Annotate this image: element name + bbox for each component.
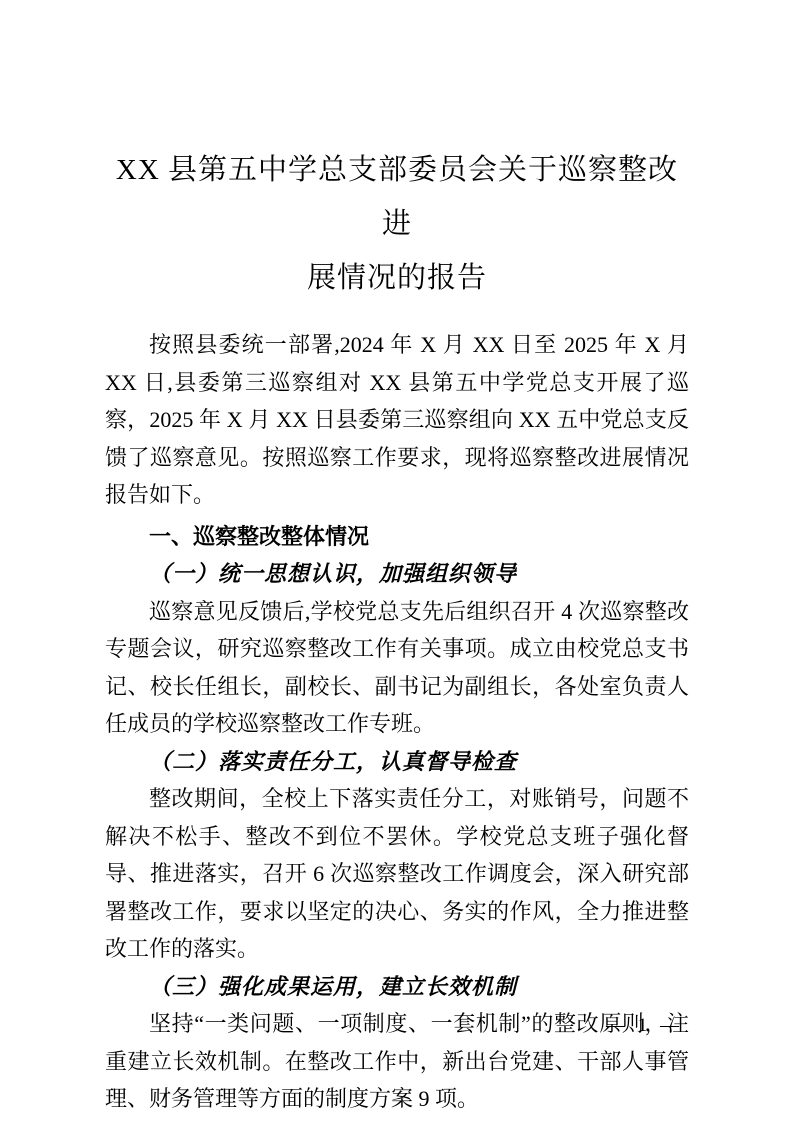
document-page: XX 县第五中学总支部委员会关于巡察整改进 展情况的报告 按照县委统一部署,20… [0,0,793,1122]
paragraph-subsection-2: 整改期间，全校上下落实责任分工，对账销号，问题不解决不松手、整改不到位不罢休。学… [105,780,689,968]
document-title-line-2: 展情况的报告 [105,251,689,305]
document-title: XX 县第五中学总支部委员会关于巡察整改进 展情况的报告 [105,143,689,305]
subsection-heading-1: （一）统一思想认识，加强组织领导 [105,555,689,593]
subsection-heading-2: （二）落实责任分工，认真督导检查 [105,743,689,781]
subsection-heading-3: （三）强化成果运用，建立长效机制 [105,968,689,1006]
document-title-line-1: XX 县第五中学总支部委员会关于巡察整改进 [105,143,689,251]
paragraph-subsection-1: 巡察意见反馈后,学校党总支先后组织召开 4 次巡察整改专题会议，研究巡察整改工作… [105,593,689,743]
page-number: — 1 — [105,1012,689,1040]
section-heading-1: 一、巡察整改整体情况 [105,518,689,556]
document-content: XX 县第五中学总支部委员会关于巡察整改进 展情况的报告 按照县委统一部署,20… [105,143,689,1118]
paragraph-intro: 按照县委统一部署,2024 年 X 月 XX 日至 2025 年 X 月 XX … [105,326,689,514]
